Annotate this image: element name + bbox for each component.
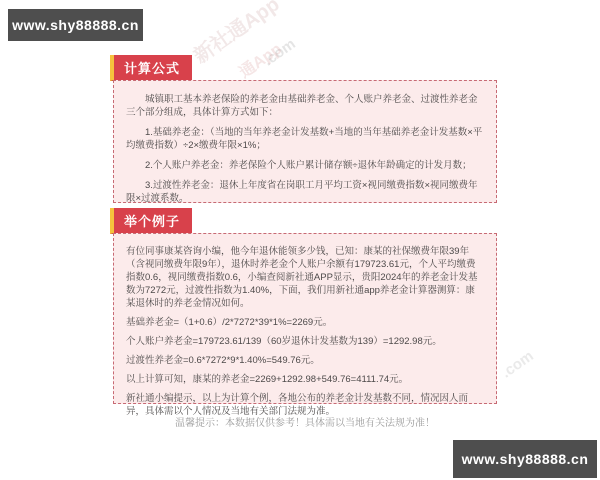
section-title-formula: 计算公式 <box>110 55 192 81</box>
paragraph: 1.基础养老金：（当地的当年养老金计发基数+当地的当年基础养老金计发基数×平均缴… <box>126 126 484 152</box>
formula-line: 个人账户养老金=179723.61/139（60岁退休计发基数为139）=129… <box>126 335 484 348</box>
formula-section-box: 城镇职工基本养老保险的养老金由基础养老金、个人账户养老金、过渡性养老金三个部分组… <box>113 80 497 203</box>
article-page: www.shy88888.cn 新社通App .com 通App App 新社通… <box>0 0 600 480</box>
paragraph: 城镇职工基本养老保险的养老金由基础养老金、个人账户养老金、过渡性养老金三个部分组… <box>126 93 484 119</box>
watermark-text: .com <box>498 347 536 381</box>
footer-tip: 温馨提示：本数据仅供参考！具体需以当地有关法规为准！ <box>113 414 497 429</box>
formula-line: 以上计算可知，康某的养老金=2269+1292.98+549.76=4111.7… <box>126 373 484 386</box>
paragraph: 3.过渡性养老金：退休上年度省在岗职工月平均工资×视同缴费指数×视同缴费年限×过… <box>126 179 484 205</box>
site-url-badge-top: www.shy88888.cn <box>8 9 143 41</box>
formula-line: 过渡性养老金=0.6*7272*9*1.40%=549.76元。 <box>126 354 484 367</box>
example-section-box: 有位同事康某咨询小编，他今年退休能领多少钱，已知：康某的社保缴费年限39年（含视… <box>113 233 497 404</box>
site-url-badge-bottom: www.shy88888.cn <box>453 440 597 478</box>
watermark-text: 通App <box>234 37 286 83</box>
watermark-text: 新社通App <box>187 0 285 69</box>
paragraph: 有位同事康某咨询小编，他今年退休能领多少钱，已知：康某的社保缴费年限39年（含视… <box>126 245 484 310</box>
paragraph: 2.个人账户养老金：养老保险个人账户累计储存额÷退休年龄确定的计发月数； <box>126 159 484 172</box>
formula-line: 基础养老金=（1+0.6）/2*7272*39*1%=2269元。 <box>126 316 484 329</box>
watermark-text: .com <box>260 35 298 69</box>
section-title-example: 举个例子 <box>110 208 192 234</box>
